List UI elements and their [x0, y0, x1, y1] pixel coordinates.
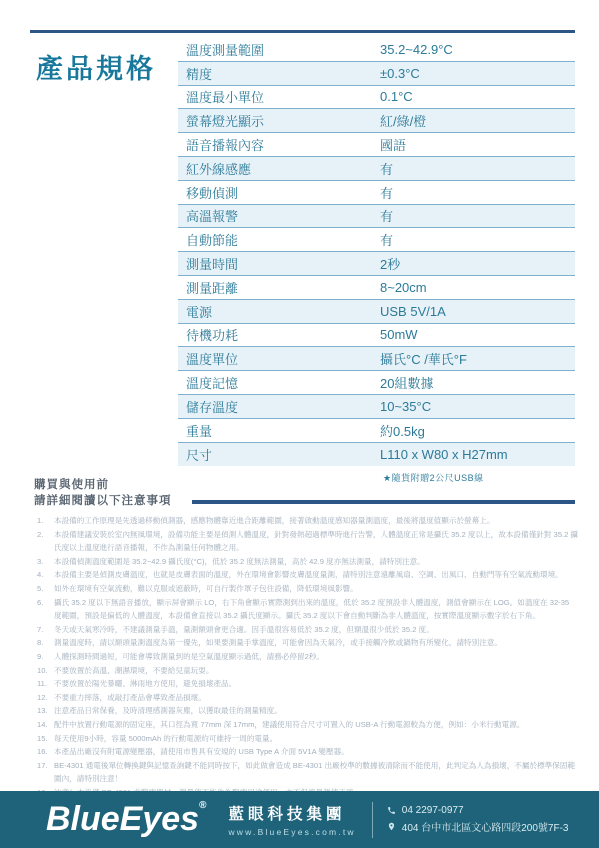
spec-value: 紅/綠/橙	[380, 111, 575, 130]
spec-value: ±0.3°C	[380, 66, 575, 81]
table-row: 尺寸 L110 x W80 x H27mm	[178, 443, 575, 467]
spec-label: 重量	[178, 421, 380, 440]
spec-value: 8~20cm	[380, 280, 575, 295]
registered-mark: ®	[199, 800, 206, 811]
notice-item: 本設備主要是偵測皮膚溫度，也就是皮膚表面的溫度，外在環境會影響皮膚溫度量測，請特…	[37, 568, 578, 582]
spec-value: 國語	[380, 135, 575, 154]
notice-item: 配件中放置行動電源的固定座，其口徑為寬 77mm 深 17mm，建議使用符合尺寸…	[37, 718, 578, 732]
logo-text: BlueEyes	[46, 800, 199, 838]
company-name: 藍眼科技集團	[228, 802, 355, 824]
table-row: 溫度單位 攝氏°C /華氏°F	[178, 347, 575, 371]
table-row: 測量距離 8~20cm	[178, 276, 575, 300]
spec-value: 2秒	[380, 254, 575, 273]
notice-item: 攝氏 35.2 度以下無語音播放，顯示屏會顯示 LO，右下角會顯示實際測到出來的…	[37, 596, 578, 623]
table-row: 語音播報內容 國語	[178, 133, 575, 157]
footer: BlueEyes® 藍眼科技集團 www.BlueEyes.com.tw 04 …	[0, 791, 599, 848]
spec-label: 電源	[178, 302, 380, 321]
spec-label: 溫度單位	[178, 349, 380, 368]
footer-divider	[372, 802, 373, 838]
notice-item: 注意產品日常保養，及時清理感測器灰塵，以獲取最佳的測量精度。	[37, 704, 578, 718]
notice-item: 每天使用9小時，容量 5000mAh 的行動電源約可維持一周的電量。	[37, 732, 578, 746]
spec-label: 儲存溫度	[178, 397, 380, 416]
table-row: 精度 ±0.3°C	[178, 62, 575, 86]
spec-label: 尺寸	[178, 445, 380, 464]
phone-icon	[387, 806, 396, 815]
notice-heading-line2: 請詳細閱讀以下注意事項	[34, 493, 172, 509]
table-row: 螢幕燈光顯示 紅/綠/橙	[178, 109, 575, 133]
company-block: 藍眼科技集團 www.BlueEyes.com.tw	[228, 802, 355, 837]
notice-item: 本產品出廠沒有附電源變壓器，請使用市售具有安規的 USB Type A 介面 5…	[37, 745, 578, 759]
location-icon	[387, 822, 396, 831]
spec-value: 10~35°C	[380, 399, 575, 414]
notice-item: BE-4301 通電後單位轉換鍵與記憶查詢鍵不能同時按下，如此做會造成 BE-4…	[37, 759, 578, 786]
company-website: www.BlueEyes.com.tw	[228, 827, 355, 837]
spec-value: 約0.5kg	[380, 421, 575, 440]
top-divider-rule	[30, 30, 575, 33]
page-title: 產品規格	[36, 47, 156, 86]
spec-value: 0.1°C	[380, 89, 575, 104]
notice-item: 不要放置於高溫、潮濕環境，不要給兒童玩耍。	[37, 664, 578, 678]
notice-list: 本設備的工作原理是先透過移動偵測器，感應物體靠近進合距離範圍，接著啟動溫度感知器…	[37, 514, 578, 827]
spec-value: 有	[380, 206, 575, 225]
notice-item: 人體探測時間過短，可能會導致測量到的是空氣溫度顯示過低，請務必停留2秒。	[37, 650, 578, 664]
spec-value: 35.2~42.9°C	[380, 42, 575, 57]
table-row: 測量時間 2秒	[178, 252, 575, 276]
gift-note: ★隨貨附贈2公尺USB線	[383, 471, 484, 484]
spec-label: 溫度最小單位	[178, 87, 380, 106]
notice-divider-rule	[192, 500, 575, 504]
spec-label: 溫度測量範圍	[178, 40, 380, 59]
notice-heading: 購買與使用前 請詳細閱讀以下注意事項	[34, 477, 172, 509]
spec-value: USB 5V/1A	[380, 304, 575, 319]
spec-label: 測量距離	[178, 278, 380, 297]
notice-item: 測量溫度時，請以額頭量測溫度為第一優先，如果要測量手掌溫度，可能會因為天氣冷，或…	[37, 636, 578, 650]
table-row: 儲存溫度 10~35°C	[178, 395, 575, 419]
spec-label: 螢幕燈光顯示	[178, 111, 380, 130]
spec-sheet-page: 產品規格 溫度測量範圍 35.2~42.9°C 精度 ±0.3°C 溫度最小單位…	[0, 0, 599, 848]
table-row: 紅外線感應 有	[178, 157, 575, 181]
table-row: 重量 約0.5kg	[178, 419, 575, 443]
spec-value: 20組數據	[380, 373, 575, 392]
notice-item: 本設備的工作原理是先透過移動偵測器，感應物體靠近進合距離範圍，接著啟動溫度感知器…	[37, 514, 578, 528]
phone-line: 04 2297-0977	[387, 805, 569, 816]
spec-label: 高溫報警	[178, 206, 380, 225]
notice-item: 本設備建議安裝於室內無風環境，設備功能主要是偵測人體溫度，針對發熱超過標準時進行…	[37, 528, 578, 555]
notice-item: 本設備偵測溫度範圍是 35.2~42.9 攝氏度(°C)，低於 35.2 度無法…	[37, 555, 578, 569]
spec-label: 移動偵測	[178, 183, 380, 202]
table-row: 電源 USB 5V/1A	[178, 300, 575, 324]
notice-item: 冬天或天氣寒冷時，不建議測量手溫，量測額頭會更合適。因手溫很容易低於 35.2 …	[37, 623, 578, 637]
spec-label: 溫度記憶	[178, 373, 380, 392]
spec-label: 測量時間	[178, 254, 380, 273]
spec-value: 攝氏°C /華氏°F	[380, 349, 575, 368]
address-text: 404 台中市北區文心路四段200號7F-3	[402, 819, 569, 834]
phone-number: 04 2297-0977	[402, 805, 464, 816]
address-line: 404 台中市北區文心路四段200號7F-3	[387, 819, 569, 834]
spec-value: 有	[380, 159, 575, 178]
spec-label: 待機功耗	[178, 325, 380, 344]
spec-label: 精度	[178, 64, 380, 83]
table-row: 溫度記憶 20組數據	[178, 371, 575, 395]
table-row: 自動節能 有	[178, 228, 575, 252]
table-row: 移動偵測 有	[178, 181, 575, 205]
spec-label: 語音播報內容	[178, 135, 380, 154]
table-row: 高溫報警 有	[178, 205, 575, 229]
notice-item: 如外在環境有空氣流動，難以克服或遮蔽時，可自行製作罩子包住設備，降低環境風影響。	[37, 582, 578, 596]
notice-heading-line1: 購買與使用前	[34, 477, 172, 493]
spec-label: 紅外線感應	[178, 159, 380, 178]
table-row: 溫度測量範圍 35.2~42.9°C	[178, 38, 575, 62]
notice-item: 不要重力摔落，或敲打產品會導致產品損壞。	[37, 691, 578, 705]
spec-value: 50mW	[380, 327, 575, 342]
blueeyes-logo: BlueEyes®	[46, 800, 206, 839]
contact-block: 04 2297-0977 404 台中市北區文心路四段200號7F-3	[387, 803, 569, 837]
table-row: 溫度最小單位 0.1°C	[178, 86, 575, 110]
spec-label: 自動節能	[178, 230, 380, 249]
table-row: 待機功耗 50mW	[178, 324, 575, 348]
spec-value: L110 x W80 x H27mm	[380, 447, 575, 462]
spec-value: 有	[380, 183, 575, 202]
spec-value: 有	[380, 230, 575, 249]
notice-item: 不要放置於陽光暴曬、淋雨地方使用，避免損壞產品。	[37, 677, 578, 691]
spec-table: 溫度測量範圍 35.2~42.9°C 精度 ±0.3°C 溫度最小單位 0.1°…	[178, 38, 575, 466]
